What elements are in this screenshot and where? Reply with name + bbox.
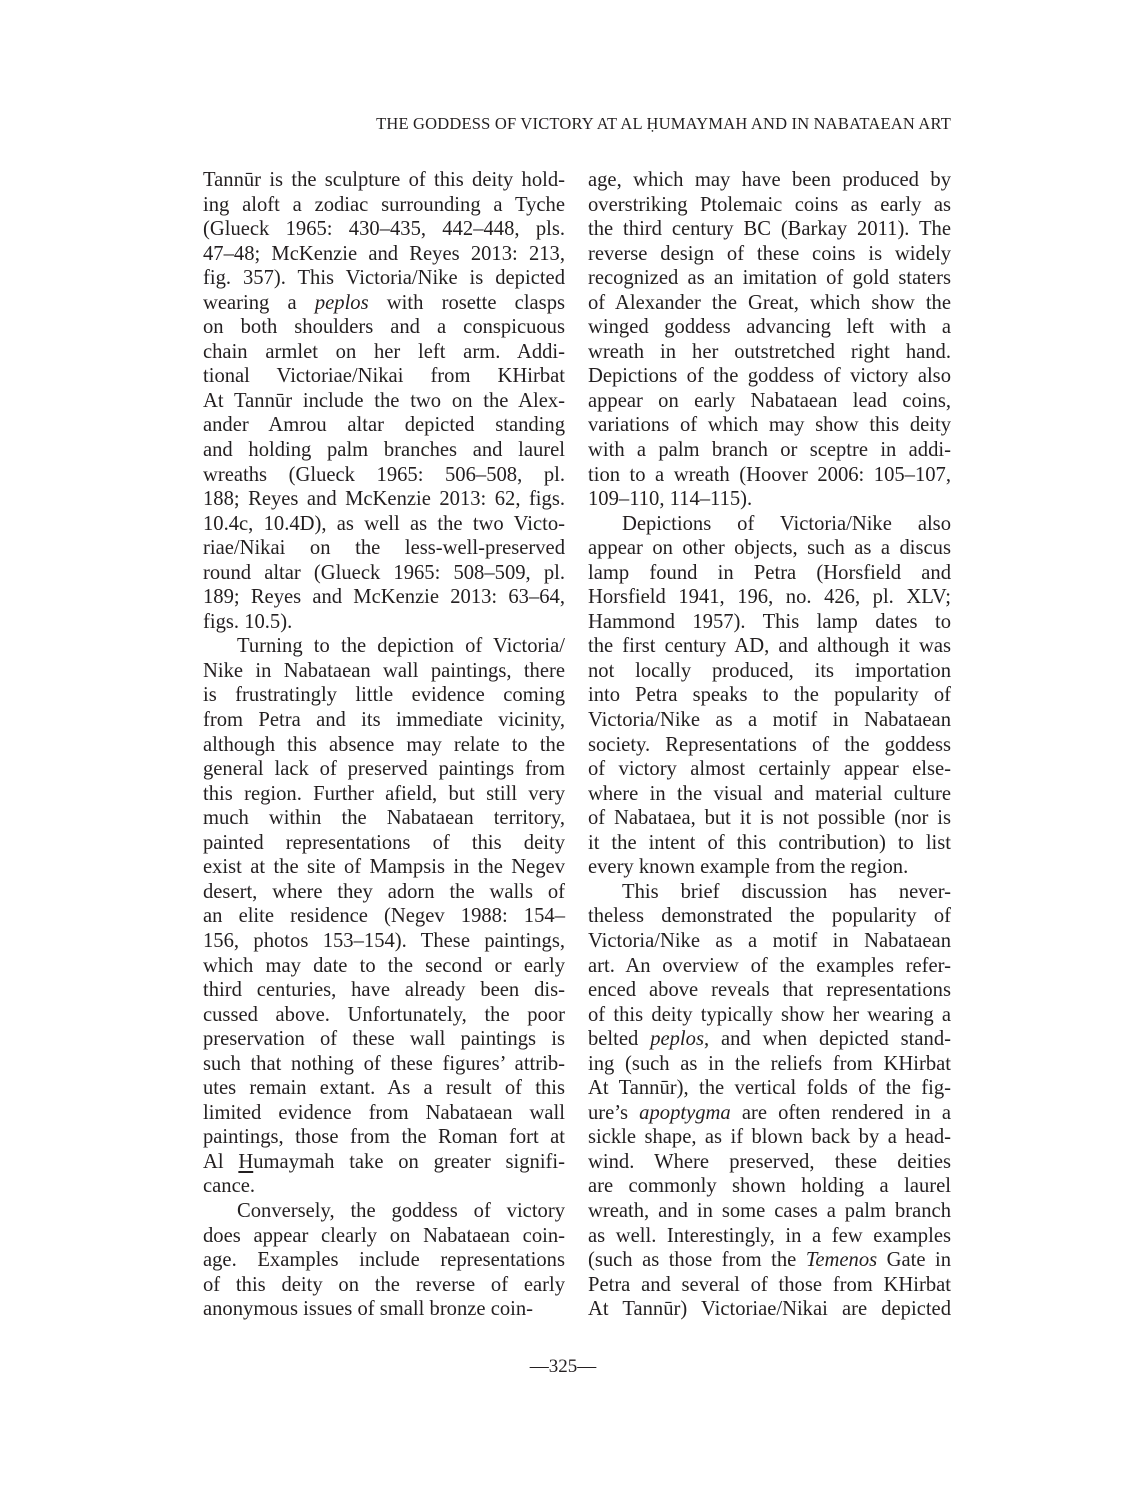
text-line: recognized as an imitation of gold state… (588, 266, 951, 291)
text-line: an elite residence (Negev 1988: 154– (203, 904, 565, 929)
text-line: winged goddess advancing left with a (588, 315, 951, 340)
text-line: Nike in Nabataean wall paintings, there (203, 659, 565, 684)
text-line: Hammond 1957). This lamp dates to (588, 610, 951, 635)
text-line: Conversely, the goddess of victory (203, 1199, 565, 1224)
text-line: wreath, and in some cases a palm branch (588, 1199, 951, 1224)
text-line: although this absence may relate to the (203, 733, 565, 758)
text-line: ander Amrou altar depicted standing (203, 413, 565, 438)
text-line: the first century AD, and although it wa… (588, 634, 951, 659)
text-line: 109–110, 114–115). (588, 487, 951, 512)
text-line: art. An overview of the examples refer- (588, 954, 951, 979)
text-line: from Petra and its immediate vicinity, (203, 708, 565, 733)
text-line: overstriking Ptolemaic coins as early as (588, 193, 951, 218)
text-line: Victoria/Nike as a motif in Nabataean (588, 929, 951, 954)
text-line: figs. 10.5). (203, 610, 565, 635)
italic-term: Temenos (806, 1249, 877, 1271)
page-number: —325— (0, 1356, 1126, 1378)
text-line: age, which may have been produced by (588, 168, 951, 193)
text-line: fig. 357). This Victoria/Nike is depicte… (203, 266, 565, 291)
text-line: painted representations of this deity (203, 831, 565, 856)
text-line: lamp found in Petra (Horsfield and (588, 561, 951, 586)
text-line: This brief discussion has never- (588, 880, 951, 905)
text-line: tional Victoriae/Nikai from KHirbat (203, 364, 565, 389)
text-line: desert, where they adorn the walls of (203, 880, 565, 905)
italic-term: peplos (315, 292, 369, 314)
text-line: Tannūr is the sculpture of this deity ho… (203, 168, 565, 193)
text-line: At Tannūr), the vertical folds of the fi… (588, 1076, 951, 1101)
text-line: At Tannūr) Victoriae/Nikai are depicted (588, 1297, 951, 1322)
text-line: Horsfield 1941, 196, no. 426, pl. XLV; (588, 585, 951, 610)
paragraph: Turning to the depiction of Victoria/Nik… (203, 634, 565, 1199)
text-line: tion to a wreath (Hoover 2006: 105–107, (588, 463, 951, 488)
text-line: of this deity typically show her wearing… (588, 1003, 951, 1028)
text-line: 10.4c, 10.4D), as well as the two Victo- (203, 512, 565, 537)
text-line: on both shoulders and a conspicuous (203, 315, 565, 340)
text-line: is frustratingly little evidence coming (203, 683, 565, 708)
text-line: of this deity on the reverse of early (203, 1273, 565, 1298)
text-line: exist at the site of Mampsis in the Nege… (203, 855, 565, 880)
text-line: 189; Reyes and McKenzie 2013: 63–64, (203, 585, 565, 610)
text-line: wearing a peplos with rosette clasps (203, 291, 565, 316)
text-line: cance. (203, 1174, 565, 1199)
text-line: this region. Further afield, but still v… (203, 782, 565, 807)
text-line: where in the visual and material culture (588, 782, 951, 807)
paragraph: age, which may have been produced byover… (588, 168, 951, 512)
text-line: of Alexander the Great, which show the (588, 291, 951, 316)
text-line: third centuries, have already been dis- (203, 978, 565, 1003)
text-line: sickle shape, as if blown back by a head… (588, 1125, 951, 1150)
text-line: riae/Nikai on the less-well-preserved (203, 536, 565, 561)
text-line: of Nabataea, but it is not possible (nor… (588, 806, 951, 831)
text-line: ing aloft a zodiac surrounding a Tyche (203, 193, 565, 218)
text-line: the third century BC (Barkay 2011). The (588, 217, 951, 242)
text-line: reverse design of these coins is widely (588, 242, 951, 267)
text-line: (such as those from the Temenos Gate in (588, 1248, 951, 1273)
text-line: 188; Reyes and McKenzie 2013: 62, figs. (203, 487, 565, 512)
text-line: not locally produced, its importation (588, 659, 951, 684)
text-line: (Glueck 1965: 430–435, 442–448, pls. (203, 217, 565, 242)
text-line: are commonly shown holding a laurel (588, 1174, 951, 1199)
text-line: 156, photos 153–154). These paintings, (203, 929, 565, 954)
text-line: wreaths (Glueck 1965: 506–508, pl. (203, 463, 565, 488)
text-line: Depictions of the goddess of victory als… (588, 364, 951, 389)
text-line: it the intent of this contribution) to l… (588, 831, 951, 856)
text-line: does appear clearly on Nabataean coin- (203, 1224, 565, 1249)
text-line: paintings, those from the Roman fort at (203, 1125, 565, 1150)
text-line: belted peplos, and when depicted stand- (588, 1027, 951, 1052)
text-line: Al Humaymah take on greater signifi- (203, 1150, 565, 1175)
text-line: ing (such as in the reliefs from KHirbat (588, 1052, 951, 1077)
right-column: age, which may have been produced byover… (588, 168, 951, 1322)
running-head: THE GODDESS OF VICTORY AT AL ḤUMAYMAH AN… (376, 114, 951, 134)
text-line: Depictions of Victoria/Nike also (588, 512, 951, 537)
text-line: wreath in her outstretched right hand. (588, 340, 951, 365)
paragraph: This brief discussion has never-theless … (588, 880, 951, 1322)
text-line: as well. Interestingly, in a few example… (588, 1224, 951, 1249)
text-line: cussed above. Unfortunately, the poor (203, 1003, 565, 1028)
paragraph: Depictions of Victoria/Nike alsoappear o… (588, 512, 951, 880)
text-line: appear on other objects, such as a discu… (588, 536, 951, 561)
paragraph: Tannūr is the sculpture of this deity ho… (203, 168, 565, 634)
italic-term: apoptygma (639, 1102, 731, 1124)
text-line: 47–48; McKenzie and Reyes 2013: 213, (203, 242, 565, 267)
text-line: wind. Where preserved, these deities (588, 1150, 951, 1175)
text-line: anonymous issues of small bronze coin- (203, 1297, 565, 1322)
text-line: enced above reveals that representations (588, 978, 951, 1003)
text-line: general lack of preserved paintings from (203, 757, 565, 782)
text-line: round altar (Glueck 1965: 508–509, pl. (203, 561, 565, 586)
left-column: Tannūr is the sculpture of this deity ho… (203, 168, 565, 1322)
text-line: society. Representations of the goddess (588, 733, 951, 758)
text-line: and holding palm branches and laurel (203, 438, 565, 463)
text-line: such that nothing of these figures’ attr… (203, 1052, 565, 1077)
italic-term: peplos (650, 1028, 704, 1050)
text-line: much within the Nabataean territory, (203, 806, 565, 831)
text-line: every known example from the region. (588, 855, 951, 880)
text-line: with a palm branch or sceptre in addi- (588, 438, 951, 463)
text-line: chain armlet on her left arm. Addi- (203, 340, 565, 365)
text-line: theless demonstrated the popularity of (588, 904, 951, 929)
text-line: into Petra speaks to the popularity of (588, 683, 951, 708)
text-line: limited evidence from Nabataean wall (203, 1101, 565, 1126)
text-line: Turning to the depiction of Victoria/ (203, 634, 565, 659)
paragraph: Conversely, the goddess of victorydoes a… (203, 1199, 565, 1322)
text-line: At Tannūr include the two on the Alex- (203, 389, 565, 414)
text-line: Petra and several of those from KHirbat (588, 1273, 951, 1298)
text-line: ure’s apoptygma are often rendered in a (588, 1101, 951, 1126)
text-line: Victoria/Nike as a motif in Nabataean (588, 708, 951, 733)
text-line: of victory almost certainly appear else- (588, 757, 951, 782)
text-line: age. Examples include representations (203, 1248, 565, 1273)
text-line: appear on early Nabataean lead coins, (588, 389, 951, 414)
text-line: utes remain extant. As a result of this (203, 1076, 565, 1101)
underlined-letter: H (238, 1151, 253, 1173)
text-line: which may date to the second or early (203, 954, 565, 979)
text-line: preservation of these wall paintings is (203, 1027, 565, 1052)
text-line: variations of which may show this deity (588, 413, 951, 438)
